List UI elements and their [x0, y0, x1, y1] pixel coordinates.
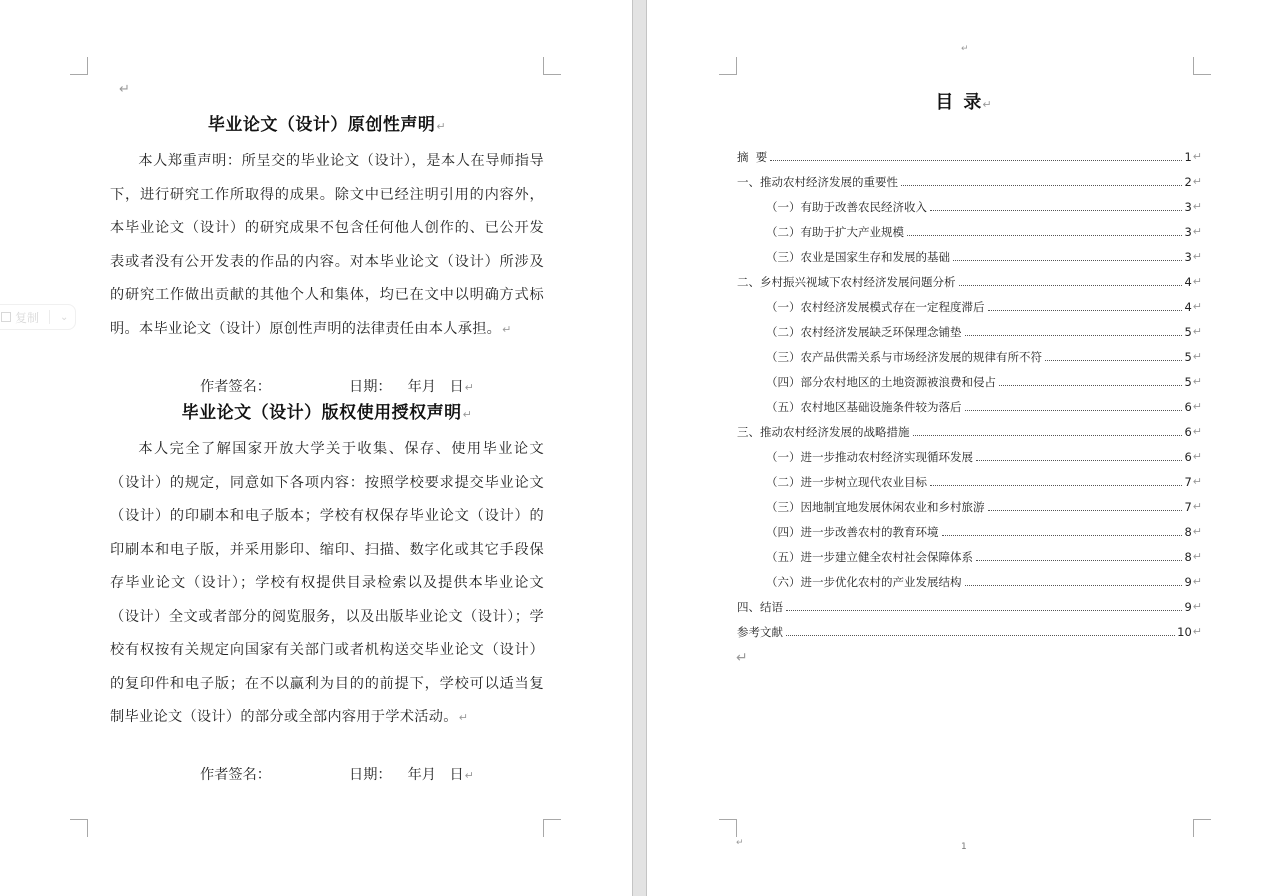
paragraph-mark: ↵ [465, 769, 474, 782]
toc-entry-conclusion[interactable]: 四、结语9↵ [737, 594, 1202, 619]
table-of-contents: 摘 要1↵ 一、推动农村经济发展的重要性2↵ （一）有助于改善农民经济收入3↵ … [737, 144, 1202, 644]
toc-entry[interactable]: （三）农产品供需关系与市场经济发展的规律有所不符5↵ [737, 344, 1202, 369]
toc-entry-references[interactable]: 参考文献10↵ [737, 619, 1202, 644]
chevron-down-icon[interactable]: ⌄ [60, 312, 68, 323]
floating-copy-toolbar: 复制 ⌄ [0, 304, 76, 330]
margin-corner-top-right [1193, 57, 1211, 75]
date-value: 年月 日 [408, 379, 464, 395]
toc-entry[interactable]: （六）进一步优化农村的产业发展结构9↵ [737, 569, 1202, 594]
paragraph-mark: ↵ [502, 323, 512, 336]
copy-icon [1, 312, 11, 322]
copyright-statement-body[interactable]: 本人完全了解国家开放大学关于收集、保存、使用毕业论文（设计）的规定，同意如下各项… [110, 433, 544, 735]
toc-title: 目录↵ [647, 88, 1280, 114]
date-label: 日期： [349, 767, 392, 783]
copy-button[interactable]: 复制 [15, 309, 39, 326]
paragraph-mark: ↵ [736, 650, 748, 666]
paragraph-mark: ↵ [119, 82, 130, 97]
page-separator [632, 0, 647, 896]
margin-corner-bottom-left [70, 819, 88, 837]
margin-corner-top-right [543, 57, 561, 75]
toc-entry[interactable]: （二）进一步树立现代农业目标7↵ [737, 469, 1202, 494]
date-value: 年月 日 [408, 767, 464, 783]
toc-entry[interactable]: （三）因地制宜地发展休闲农业和乡村旅游7↵ [737, 494, 1202, 519]
page-number: 1 [961, 842, 967, 852]
margin-corner-bottom-right [1193, 819, 1211, 837]
toc-entry-abstract[interactable]: 摘 要1↵ [737, 144, 1202, 169]
paragraph-mark: ↵ [982, 98, 991, 111]
header-paragraph-mark: ↵ [961, 44, 969, 54]
margin-corner-bottom-left [719, 819, 737, 837]
paragraph-mark: ↵ [463, 408, 473, 421]
copyright-statement-title: 毕业论文（设计）版权使用授权声明↵ [110, 398, 544, 423]
toc-entry[interactable]: （一）农村经济发展模式存在一定程度滞后4↵ [737, 294, 1202, 319]
signature-line-2: 作者签名：日期：年月 日↵ [182, 748, 474, 800]
document-page-left: ↵ 毕业论文（设计）原创性声明↵ 本人郑重声明：所呈交的毕业论文（设计），是本人… [0, 0, 632, 896]
paragraph-mark: ↵ [465, 381, 474, 394]
toc-entry[interactable]: 一、推动农村经济发展的重要性2↵ [737, 169, 1202, 194]
toc-entry[interactable]: （三）农业是国家生存和发展的基础3↵ [737, 244, 1202, 269]
toc-entry[interactable]: （一）有助于改善农民经济收入3↵ [737, 194, 1202, 219]
toc-entry[interactable]: （五）农村地区基础设施条件较为落后6↵ [737, 394, 1202, 419]
toc-entry[interactable]: （一）进一步推动农村经济实现循环发展6↵ [737, 444, 1202, 469]
toc-entry[interactable]: （四）进一步改善农村的教育环境8↵ [737, 519, 1202, 544]
signature-label: 作者签名： [200, 379, 271, 395]
margin-corner-top-left [70, 57, 88, 75]
toolbar-divider [49, 310, 50, 324]
margin-corner-top-left [719, 57, 737, 75]
date-label: 日期： [349, 379, 392, 395]
toc-entry[interactable]: （四）部分农村地区的土地资源被浪费和侵占5↵ [737, 369, 1202, 394]
toc-entry[interactable]: （二）有助于扩大产业规模3↵ [737, 219, 1202, 244]
toc-entry[interactable]: （五）进一步建立健全农村社会保障体系8↵ [737, 544, 1202, 569]
margin-corner-bottom-right [543, 819, 561, 837]
footer-paragraph-mark: ↵ [736, 838, 744, 848]
originality-statement-title: 毕业论文（设计）原创性声明↵ [110, 110, 544, 135]
signature-label: 作者签名： [200, 767, 271, 783]
paragraph-mark: ↵ [459, 711, 469, 724]
originality-statement-body[interactable]: 本人郑重声明：所呈交的毕业论文（设计），是本人在导师指导下，进行研究工作所取得的… [110, 145, 544, 346]
toc-entry[interactable]: 二、乡村振兴视域下农村经济发展问题分析4↵ [737, 269, 1202, 294]
toc-entry[interactable]: 三、推动农村经济发展的战略措施6↵ [737, 419, 1202, 444]
toc-entry[interactable]: （二）农村经济发展缺乏环保理念铺垫5↵ [737, 319, 1202, 344]
paragraph-mark: ↵ [436, 120, 446, 133]
